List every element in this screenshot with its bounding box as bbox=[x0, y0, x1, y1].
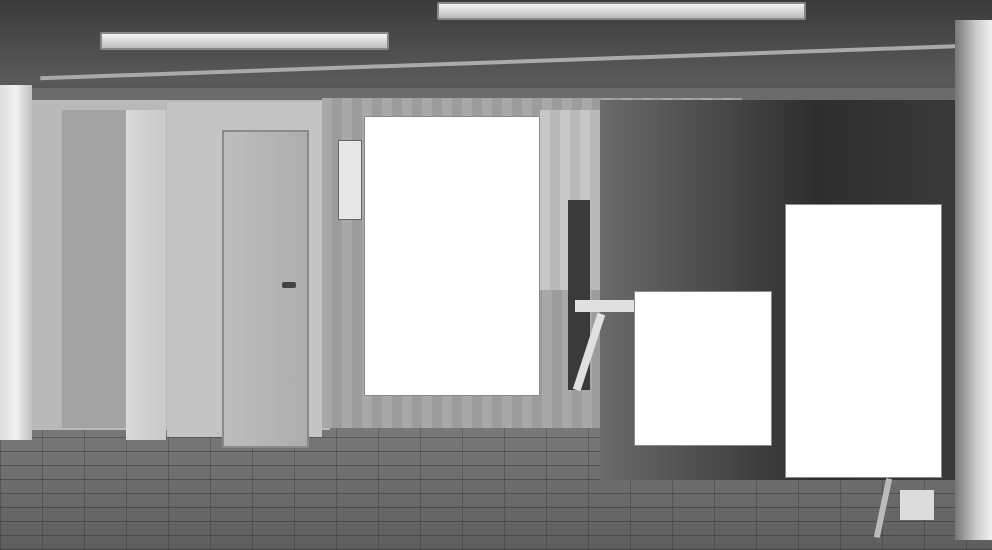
redaction-box-1 bbox=[364, 116, 540, 396]
fluorescent-light bbox=[100, 32, 389, 50]
pipe-column bbox=[0, 85, 32, 440]
door-handle bbox=[282, 282, 296, 288]
wall-poster bbox=[338, 140, 362, 220]
right-pillar bbox=[955, 20, 992, 540]
cabinet bbox=[62, 110, 129, 428]
redaction-box-3 bbox=[785, 204, 942, 478]
cabinet-door bbox=[126, 110, 166, 440]
room-photo bbox=[0, 0, 992, 550]
redaction-box-2 bbox=[634, 291, 772, 446]
table-top bbox=[575, 300, 635, 312]
door bbox=[222, 130, 309, 448]
fluorescent-light bbox=[437, 2, 806, 20]
bucket bbox=[900, 490, 934, 520]
